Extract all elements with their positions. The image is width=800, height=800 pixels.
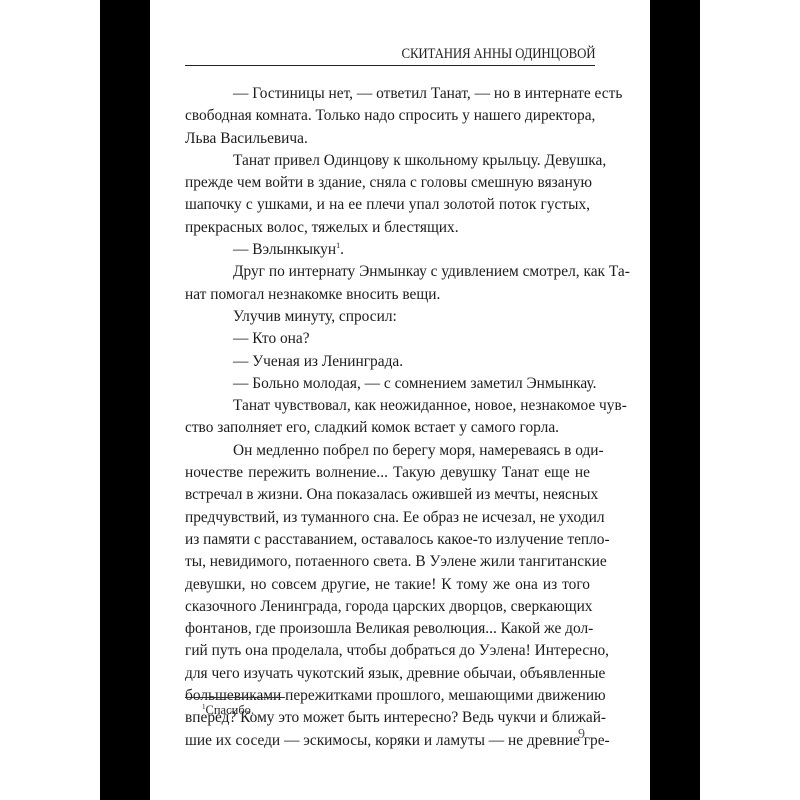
- running-title: СКИТАНИЯ АННЫ ОДИНЦОВОЙ: [401, 46, 595, 63]
- text-line: Друг по интернату Энмынкау с удивлением …: [185, 261, 590, 283]
- text-line: ство заполняет его, сладкий комок встает…: [185, 417, 590, 439]
- text-line: ночестве пережить волнение... Такую деву…: [185, 462, 590, 484]
- text-line: — Вэлынкыкун1.: [185, 239, 590, 261]
- text-line: Он медленно побрел по берегу моря, намер…: [185, 440, 590, 462]
- text-line: прежде чем войти в здание, сняла с голов…: [185, 172, 590, 194]
- text-line: сказочного Ленинграда, города царских дв…: [185, 596, 590, 618]
- paragraph: Танат привел Одинцову к школьному крыльц…: [185, 150, 590, 239]
- paragraph: — Ученая из Ленинграда.: [185, 351, 590, 373]
- text-line: шапочку с ушками, и на ее плечи упал зол…: [185, 194, 590, 216]
- paragraph: — Больно молодая, — с сомнением заметил …: [185, 373, 590, 395]
- text-line: Льва Васильевича.: [185, 128, 590, 150]
- paragraph: Улучив минуту, спросил:: [185, 306, 590, 328]
- page-number: 9: [578, 727, 585, 743]
- text-line: Улучив минуту, спросил:: [185, 306, 590, 328]
- paragraph: Танат чувствовал, как неожиданное, новое…: [185, 395, 590, 440]
- text-line: прекрасных волос, тяжелых и блестящих.: [185, 217, 590, 239]
- paragraph: Друг по интернату Энмынкау с удивлением …: [185, 261, 590, 306]
- text-line: шие их соседи — эскимосы, коряки и ламут…: [185, 730, 590, 752]
- footnote-text: Спасибо.: [206, 703, 255, 717]
- paragraph: — Гостиницы нет, — ответил Танат, — но в…: [185, 83, 590, 150]
- paragraph: — Кто она?: [185, 328, 590, 350]
- text-line: — Гостиницы нет, — ответил Танат, — но в…: [185, 83, 590, 105]
- right-scan-border: [650, 0, 700, 800]
- text-line: Танат чувствовал, как неожиданное, новое…: [185, 395, 590, 417]
- footnote-reference: 1: [336, 241, 340, 250]
- text-line: из памяти с расставанием, оставалось как…: [185, 529, 590, 551]
- text-line: — Кто она?: [185, 328, 590, 350]
- text-line: предчувствий, из туманного сна. Ее образ…: [185, 507, 590, 529]
- footnote: 1Спасибо.: [202, 703, 254, 718]
- left-scan-border: [100, 0, 150, 800]
- text-line: — Ученая из Ленинграда.: [185, 351, 590, 373]
- footnote-rule: [185, 697, 285, 698]
- text-line: свободная комната. Только надо спросить …: [185, 105, 590, 127]
- body-text: — Гостиницы нет, — ответил Танат, — но в…: [185, 83, 590, 752]
- running-header: СКИТАНИЯ АННЫ ОДИНЦОВОЙ: [185, 45, 595, 66]
- text-line: для чего изучать чукотский язык, древние…: [185, 663, 590, 685]
- paragraph: — Вэлынкыкун1.: [185, 239, 590, 261]
- book-page: СКИТАНИЯ АННЫ ОДИНЦОВОЙ — Гостиницы нет,…: [150, 0, 650, 800]
- text-line: девушки, но совсем другие, не такие! К т…: [185, 574, 590, 596]
- text-line: ты, невидимого, потаенного света. В Уэле…: [185, 551, 590, 573]
- text-line: фонтанов, где произошла Великая революци…: [185, 618, 590, 640]
- text-line: гий путь она проделала, чтобы добраться …: [185, 640, 590, 662]
- text-line: Танат привел Одинцову к школьному крыльц…: [185, 150, 590, 172]
- text-line: встречал в жизни. Она показалась ожившей…: [185, 484, 590, 506]
- text-line: нат помогал незнакомке вносить вещи.: [185, 284, 590, 306]
- text-line: — Больно молодая, — с сомнением заметил …: [185, 373, 590, 395]
